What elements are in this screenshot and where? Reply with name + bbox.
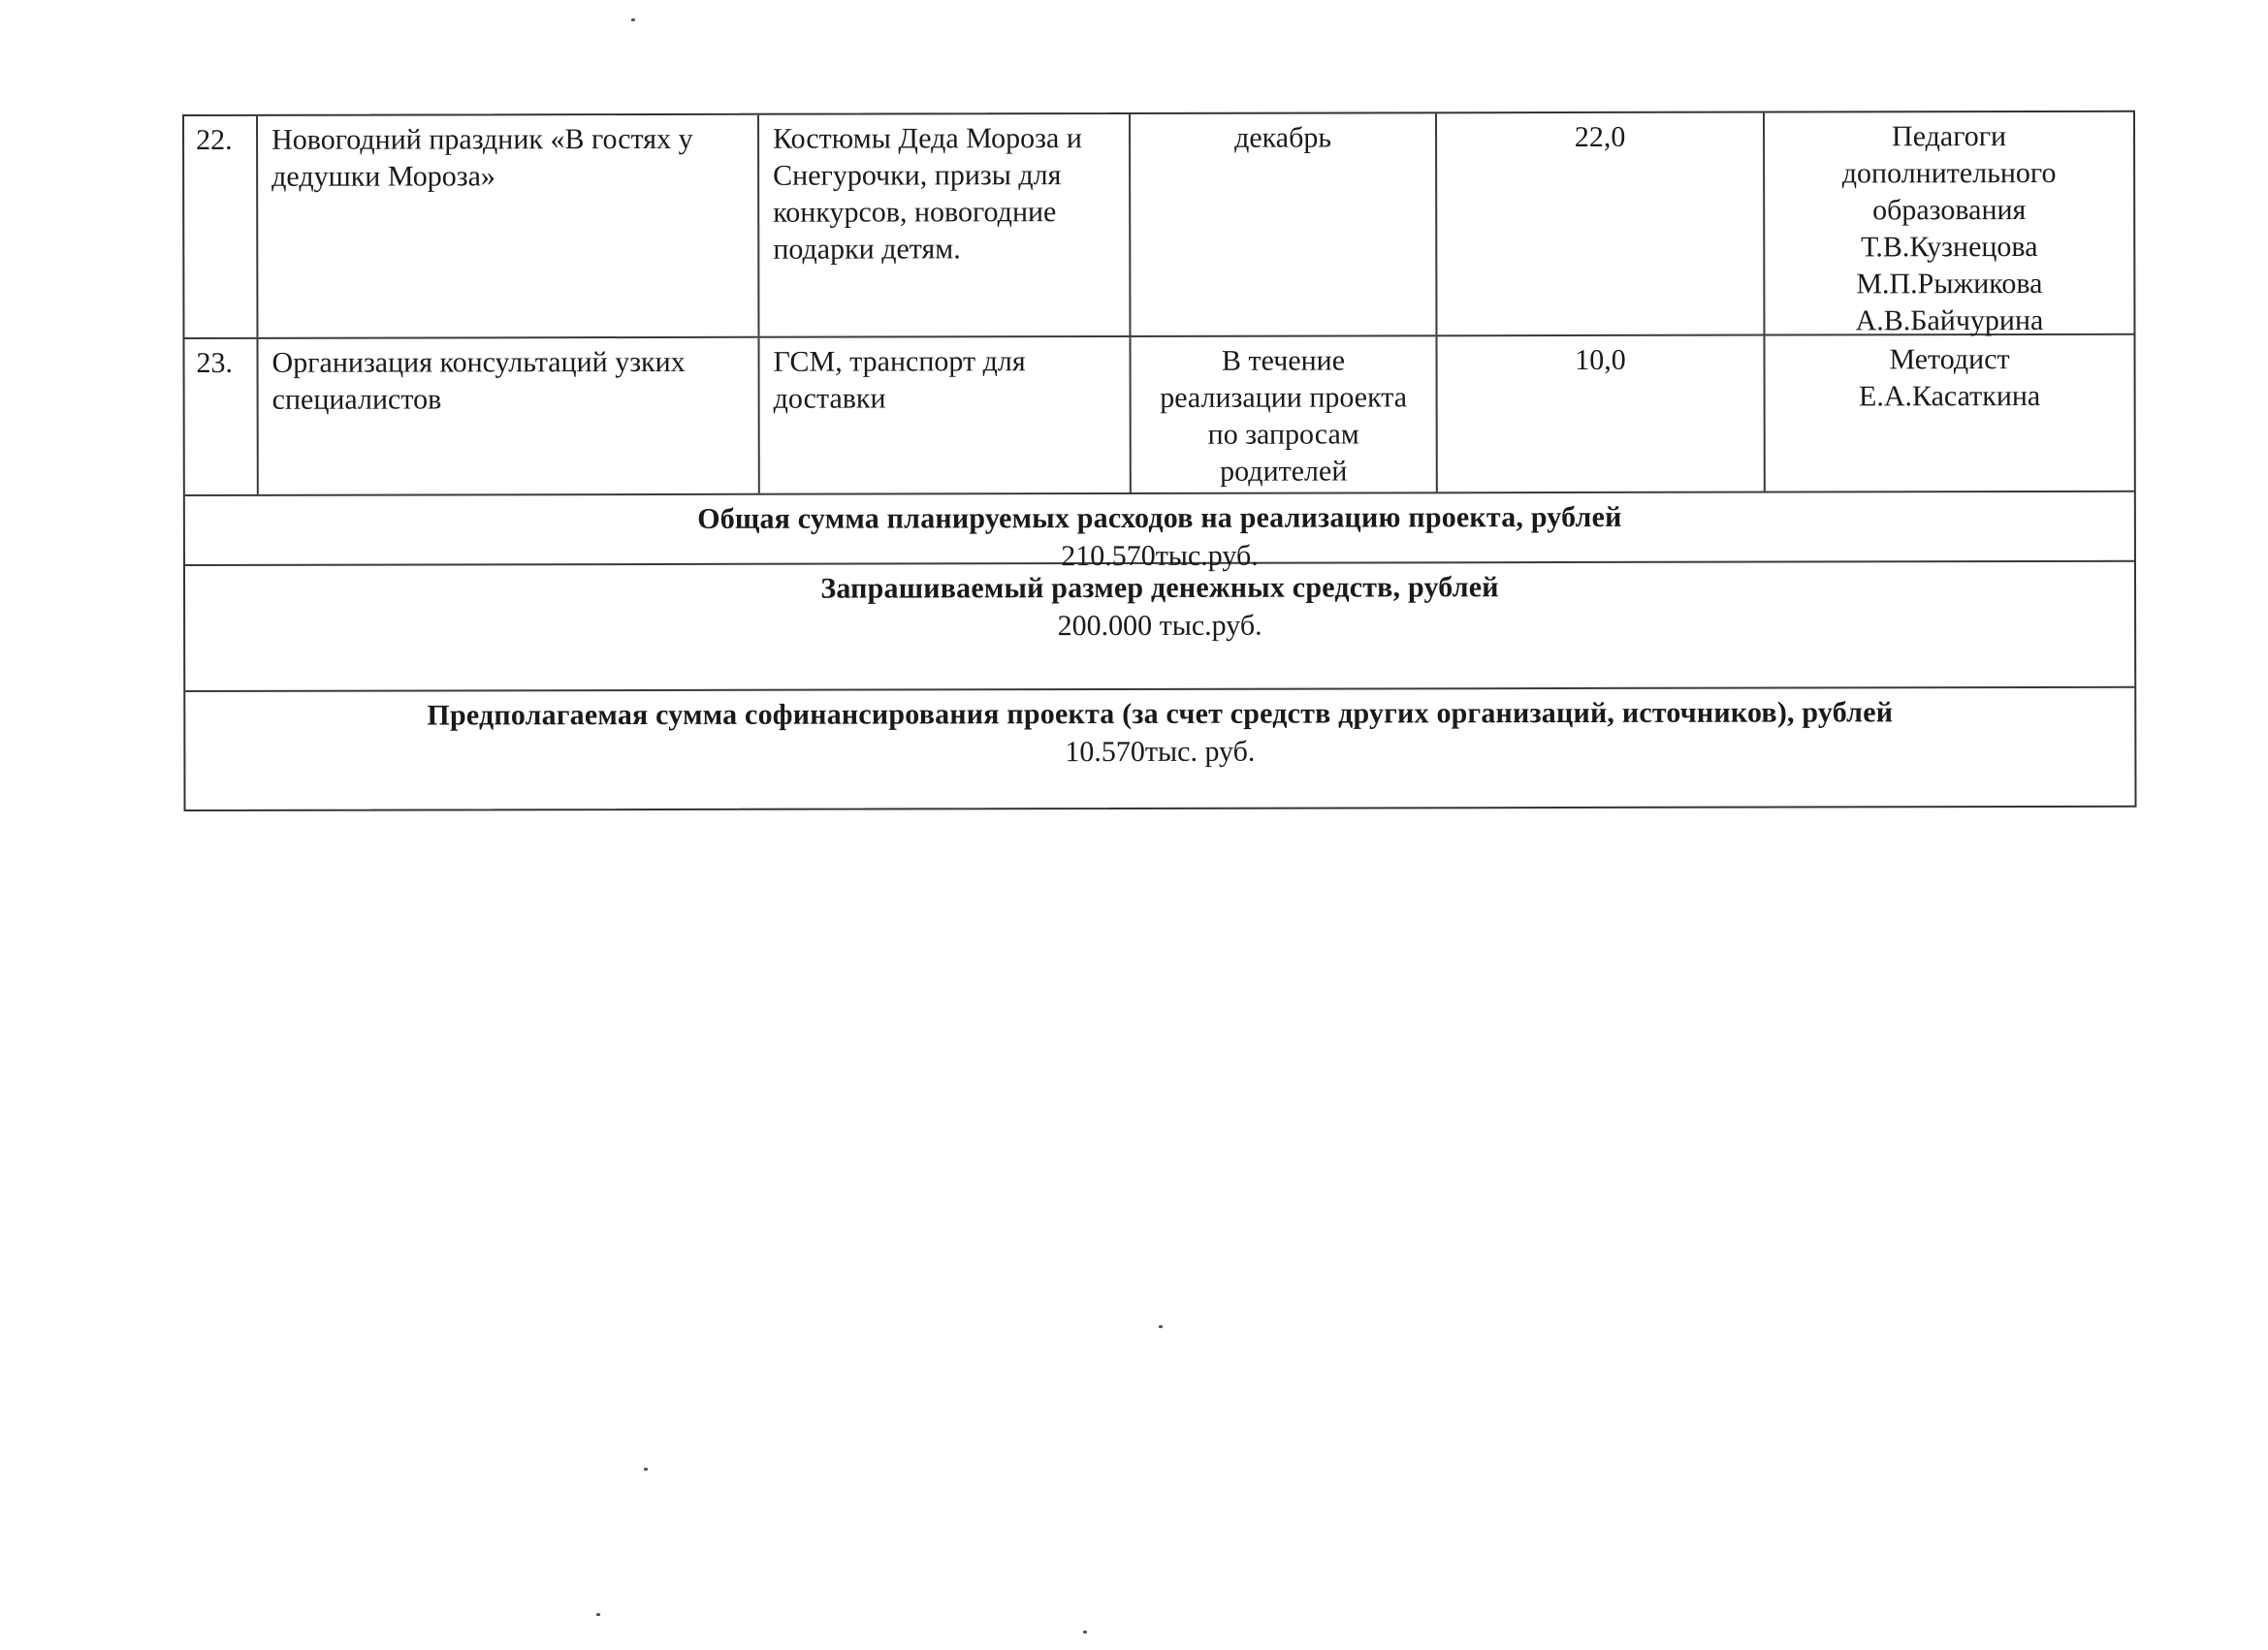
row-number: 22. <box>184 116 258 337</box>
responsible-line: М.П.Рыжикова <box>1776 266 2122 303</box>
responsible-line: Методист <box>1776 341 2122 379</box>
amount: 22,0 <box>1437 113 1765 335</box>
period: В течение реализации проекта по запросам… <box>1131 336 1437 492</box>
budget-table: 22. Новогодний праздник «В гостях у деду… <box>182 111 2137 811</box>
amount: 10,0 <box>1437 336 1765 492</box>
event-name: Организация консультаций узких специалис… <box>258 338 759 494</box>
responsible-line: Педагоги <box>1776 118 2122 156</box>
resources: Костюмы Деда Мороза и Снегурочки, призы … <box>759 114 1131 336</box>
summary-requested-funds: Запрашиваемый размер денежных средств, р… <box>185 562 2134 692</box>
responsible-line: образования <box>1776 192 2122 230</box>
period-line: В течение <box>1142 342 1423 380</box>
summary-label: Общая сумма планируемых расходов на реал… <box>185 498 2134 539</box>
responsible-line: Т.В.Кузнецова <box>1776 229 2122 267</box>
resources: ГСМ, транспорт для доставки <box>759 337 1131 493</box>
summary-value: 10.570тыс. руб. <box>185 731 2134 774</box>
period: декабрь <box>1131 113 1437 335</box>
scan-speck <box>596 1613 600 1616</box>
row-number: 23. <box>184 339 258 494</box>
responsible: Методист Е.А.Касаткина <box>1765 335 2133 492</box>
summary-label: Запрашиваемый размер денежных средств, р… <box>185 568 2134 609</box>
responsible-line: дополнительного <box>1776 155 2122 193</box>
summary-total-expenses: Общая сумма планируемых расходов на реал… <box>185 492 2134 566</box>
scan-speck <box>1083 1631 1087 1634</box>
responsible-line: А.В.Байчурина <box>1776 302 2122 340</box>
table-row: 23. Организация консультаций узких специ… <box>184 335 2133 496</box>
scan-speck <box>1159 1325 1163 1328</box>
summary-value: 200.000 тыс.руб. <box>185 605 2134 648</box>
summary-label: Предполагаемая сумма софинансирования пр… <box>185 694 2134 735</box>
responsible: Педагоги дополнительного образования Т.В… <box>1765 112 2133 334</box>
period-line: реализации проекта <box>1143 379 1424 417</box>
period-line: родителей <box>1143 453 1424 491</box>
table-row: 22. Новогодний праздник «В гостях у деду… <box>184 112 2133 339</box>
event-name: Новогодний праздник «В гостях у дедушки … <box>258 115 759 337</box>
period-line: по запросам <box>1143 416 1424 454</box>
responsible-line: Е.А.Касаткина <box>1777 378 2123 416</box>
document-page: 22. Новогодний праздник «В гостях у деду… <box>0 0 2268 1650</box>
scan-speck <box>644 1468 648 1471</box>
scan-speck <box>631 18 635 21</box>
summary-cofinancing: Предполагаемая сумма софинансирования пр… <box>185 688 2134 809</box>
